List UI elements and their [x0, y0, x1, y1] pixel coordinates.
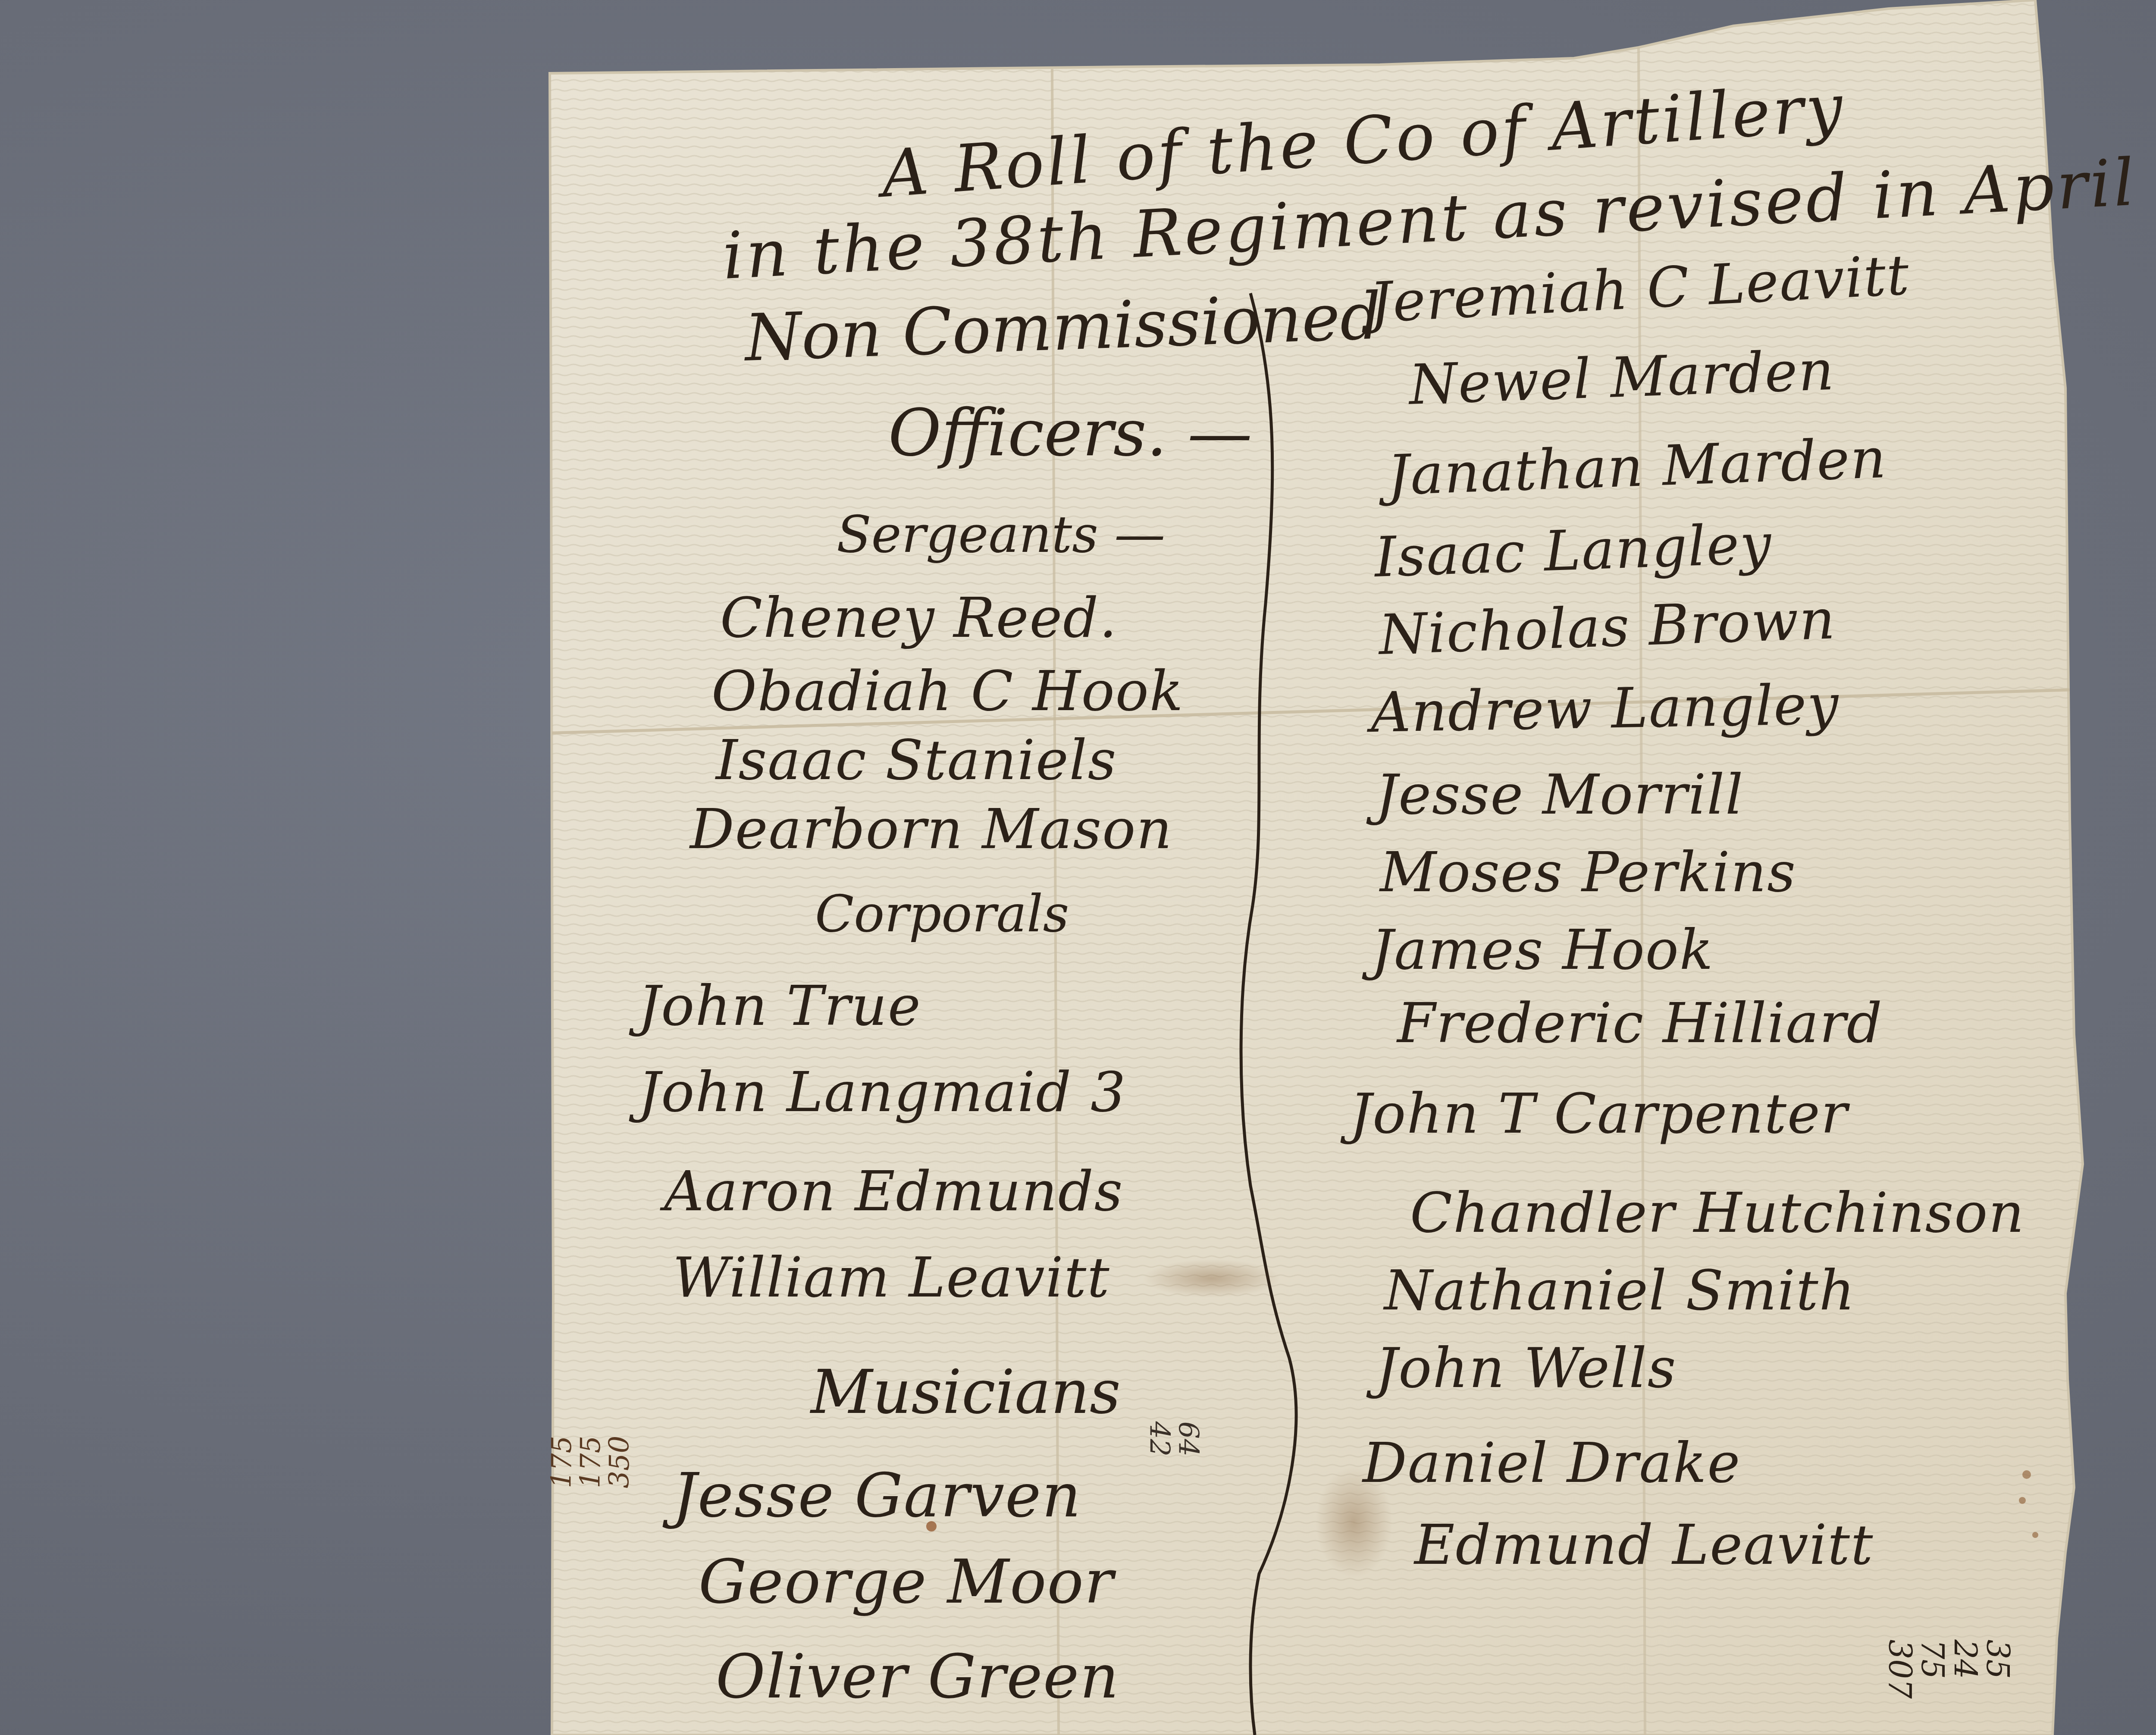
roster-name: Nicholas Brown	[1378, 592, 1837, 663]
margin-figures-bottom-right: 35 24 75 307	[1883, 1639, 2014, 1698]
roster-name: Moses Perkins	[1380, 845, 1796, 900]
roster-name: John Wells	[1376, 1341, 1677, 1396]
margin-figures-center: 64 42	[1144, 1421, 1202, 1456]
roster-name: Nathaniel Smith	[1384, 1263, 1855, 1318]
manuscript-sheet: A Roll of the Co of Artillery in the 38t…	[0, 0, 2156, 1735]
roster-name: Frederic Hilliard	[1397, 996, 1883, 1051]
roster-name: Jesse Garven	[673, 1466, 1081, 1526]
roster-name: Newel Marden	[1408, 343, 1836, 413]
roster-name: Obadiah C Hook	[711, 664, 1184, 719]
roster-name: Aaron Edmunds	[664, 1164, 1123, 1219]
ink-smudge	[1143, 1259, 1281, 1298]
roster-name: Edmund Leavitt	[1414, 1518, 1874, 1573]
roster-name: Daniel Drake	[1363, 1436, 1741, 1491]
roster-name: George Moor	[699, 1552, 1114, 1613]
heading-officers: Officers. —	[888, 401, 1252, 466]
roster-name: John T Carpenter	[1350, 1087, 1848, 1142]
roster-name: Chandler Hutchinson	[1410, 1186, 2025, 1241]
roster-name: Isaac Staniels	[716, 733, 1117, 788]
roster-name: Janathan Marden	[1387, 431, 1888, 504]
section-label-sergeants: Sergeants —	[837, 509, 1165, 560]
roster-name: William Leavitt	[673, 1250, 1110, 1306]
roster-name: Jesse Morrill	[1376, 767, 1744, 823]
section-label-corporals: Corporals	[815, 888, 1069, 939]
section-label-musicians: Musicians	[811, 1362, 1121, 1423]
margin-figures-left: 175 175 350	[548, 1436, 635, 1488]
roster-name: Oliver Green	[716, 1647, 1119, 1707]
roster-name: Dearborn Mason	[690, 802, 1173, 857]
roster-name: John Langmaid 3	[638, 1065, 1126, 1120]
roster-name: Cheney Reed.	[720, 591, 1118, 646]
roster-name: Isaac Langley	[1374, 517, 1773, 586]
roster-name: James Hook	[1371, 923, 1714, 978]
roster-name: John True	[638, 979, 921, 1034]
roster-name: Andrew Langley	[1370, 677, 1840, 741]
